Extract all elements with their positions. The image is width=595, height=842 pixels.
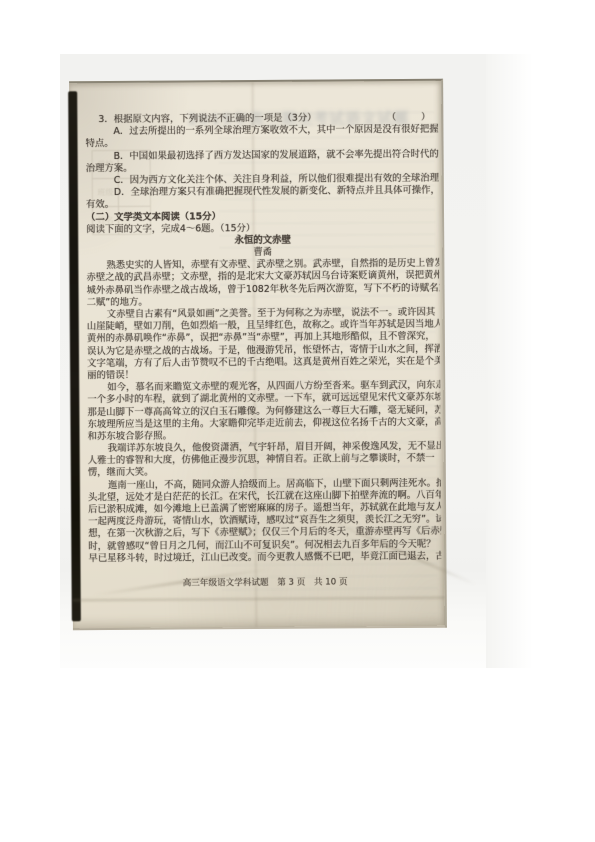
paper-sheet: 2019年高三期末考试语文试题 学校 班级 姓名 3．根据原文内容，下列说法不正… [69, 79, 447, 631]
text-line: 东坡理所应当是这里的主角。大家瞻仰完毕走近前去，仰视这位名扬千古的大文豪，高兴地 [87, 416, 440, 431]
answer-bracket: （ ） [387, 112, 439, 125]
text-flow: A．过去所提出的一系列全球治理方案收效不大，其中一个原因是没有很好把握时代特点。… [85, 124, 441, 565]
text-line: 早已星移斗转，时过境迁，江山已改变。而今更教人感慨不已吧，毕竟江面已退去，古时 [88, 550, 441, 565]
scanned-exam-page: 2019年高三期末考试语文试题 学校 班级 姓名 3．根据原文内容，下列说法不正… [0, 0, 595, 842]
page-footer: 高三年级语文学科试题 第 3 页 共 10 页 [89, 575, 442, 589]
text-line: 城外赤鼻矶当作赤壁之战古战场，曾于1082年秋冬先后两次游览，写下不朽的诗赋名篇… [87, 282, 440, 297]
scanner-background-fade [486, 54, 533, 668]
text-line: B．中国如果最初选择了西方发达国家的发展道路，就不会率先提出符合时代的全球 [86, 148, 439, 163]
printed-text-column: 3．根据原文内容，下列说法不正确的一项是（3分） （ ） A．过去所提出的一系列… [85, 112, 441, 565]
text-line: 文字笔端，方有了后人击节赞叹不已的千古绝唱。这真是黄州百姓之荣光，实在是个美 [87, 355, 440, 370]
paper-crease-bottom [73, 596, 445, 603]
